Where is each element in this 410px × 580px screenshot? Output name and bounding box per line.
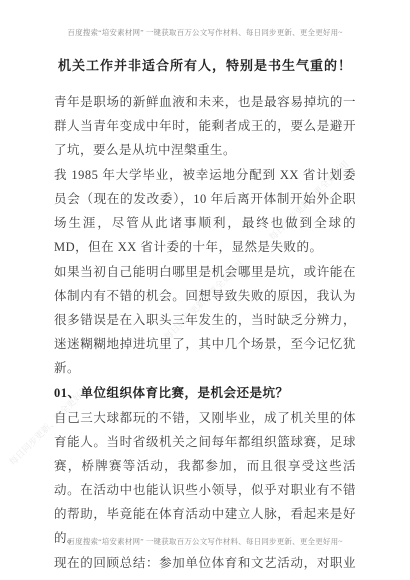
paragraph-review-summary-truncated: 现在的回顾总结：参加单位体育和文艺活动，对职业发展 — [54, 551, 356, 575]
paragraph-career-history: 我 1985 年大学毕业，被幸运地分配到 XX 省计划委员会（现在的发改委），1… — [54, 163, 356, 259]
paragraph-intro-youth: 青年是职场的新鲜血液和未来，也是最容易掉坑的一群人当青年变成中年时，能剩者成王的… — [54, 90, 356, 162]
section-heading-01: 01、单位组织体育比赛，是机会还是坑？ — [54, 381, 356, 405]
footer-promo-note: 百度搜索“培安素材网” 一键获取百万公文写作材料、每日同步更新、更全更好用~ — [0, 536, 410, 547]
page-title: 机关工作并非适合所有人，特别是书生气重的！ — [54, 56, 356, 76]
paragraph-reflection: 如果当初自己能明白哪里是机会哪里是坑，或许能在体制内有不错的机会。回想导致失败的… — [54, 260, 356, 380]
document-page: 每日同步更新、更全更好用 每日同步更新、更全更好用 每日同步更新、更全更好用 百… — [0, 0, 410, 580]
header-promo-note: 百度搜索“培安素材网” 一键获取百万公文写作材料、每日同步更新、更全更好用~ — [0, 27, 410, 38]
document-body: 机关工作并非适合所有人，特别是书生气重的！ 青年是职场的新鲜血液和未来，也是最容… — [54, 56, 356, 576]
paragraph-sports-activities: 自己三大球都玩的不错，又刚毕业，成了机关里的体育能人。当时省级机关之间每年都组织… — [54, 406, 356, 550]
